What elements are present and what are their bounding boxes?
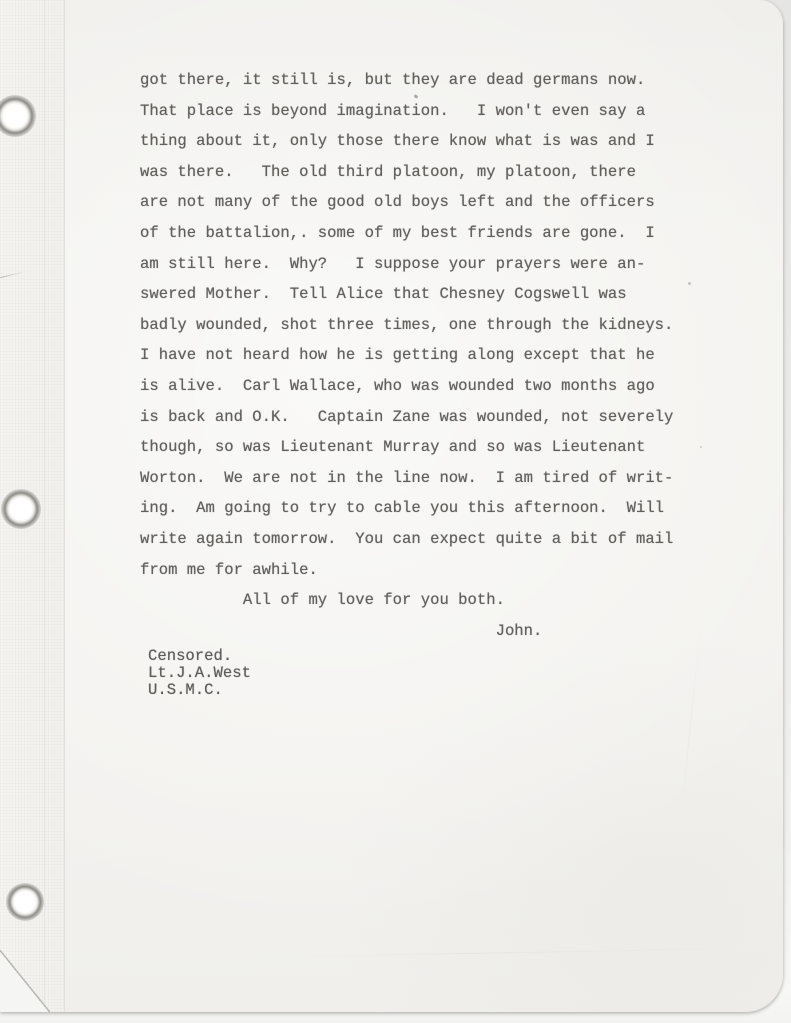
letter-page: got there, it still is, but they are dea… xyxy=(0,0,783,1012)
scan-background: got there, it still is, but they are dea… xyxy=(0,0,791,1023)
bottom-left-corner-cut xyxy=(0,950,50,1012)
binding-edge-line xyxy=(44,0,45,1012)
paper-crease-bottom xyxy=(300,948,740,957)
paper-crease-right xyxy=(679,621,702,830)
letter-body-text: got there, it still is, but they are dea… xyxy=(140,65,673,646)
paper-speck xyxy=(700,446,702,448)
censor-signature-block: Censored. Lt.J.A.West U.S.M.C. xyxy=(148,648,251,699)
punch-hole-bottom xyxy=(6,883,44,921)
paper-speck xyxy=(688,282,691,285)
punch-hole-middle xyxy=(1,489,41,529)
